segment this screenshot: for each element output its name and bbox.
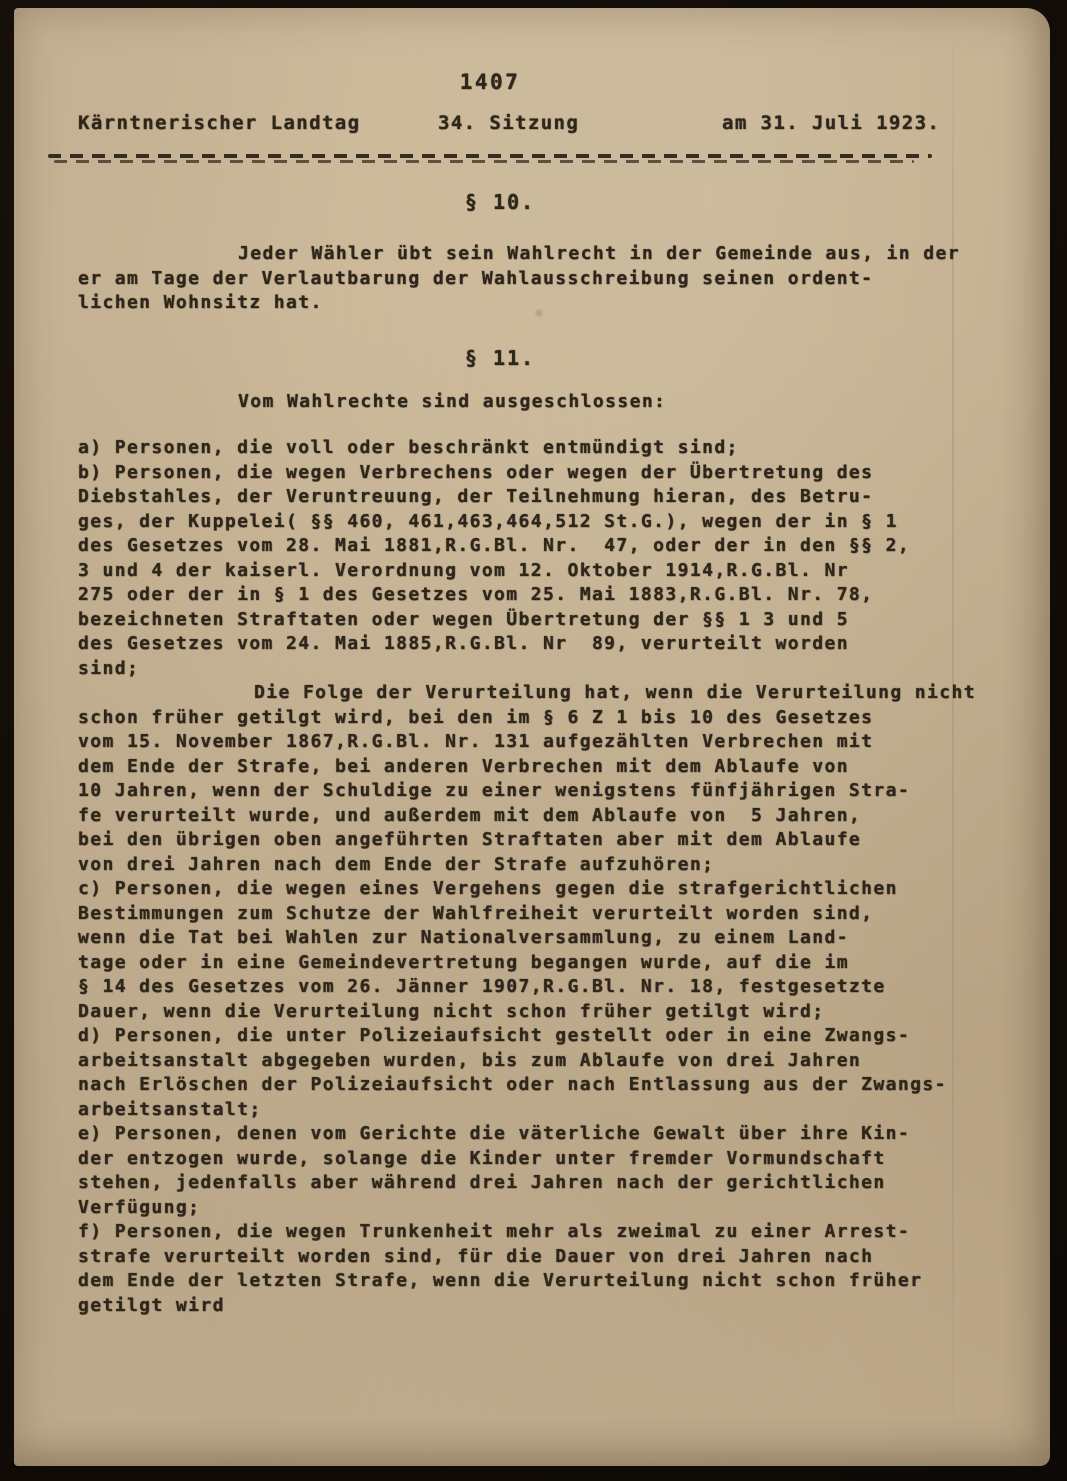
text-line: arbeitsanstalt; [78, 1098, 998, 1123]
item-a: a) Personen, die voll oder beschränkt en… [78, 436, 998, 461]
text-line: von drei Jahren nach dem Ende der Strafe… [78, 853, 998, 878]
text-line: schon früher getilgt wird, bei den im § … [78, 706, 998, 731]
section-11-intro: Vom Wahlrechte sind ausgeschlossen: [78, 390, 998, 415]
item-f: f) Personen, die wegen Trunkenheit mehr … [78, 1220, 998, 1318]
item-b: b) Personen, die wegen Verbrechens oder … [78, 461, 998, 682]
text-line: ges, der Kuppelei( §§ 460, 461,463,464,5… [78, 510, 998, 535]
text-line: stehen, jedenfalls aber während drei Jah… [78, 1171, 998, 1196]
text-line: Dauer, wenn die Verurteilung nicht schon… [78, 1000, 998, 1025]
text-line: dem Ende der letzten Strafe, wenn die Ve… [78, 1269, 998, 1294]
session-number: 34. Sitzung [438, 112, 579, 134]
header-rule [48, 154, 932, 164]
section-11-heading: § 11. [0, 346, 1018, 370]
section-10-heading: § 10. [0, 190, 1018, 214]
text-line: des Gesetzes vom 24. Mai 1885,R.G.Bl. Nr… [78, 632, 998, 657]
text-line: bezeichneten Straftaten oder wegen Übert… [78, 608, 998, 633]
session-date: am 31. Juli 1923. [722, 112, 940, 134]
journal-title: Kärntnerischer Landtag [78, 112, 360, 134]
item-e: e) Personen, denen vom Gerichte die väte… [78, 1122, 998, 1220]
text-line: Die Folge der Verurteilung hat, wenn die… [78, 681, 998, 706]
text-line: Verfügung; [78, 1196, 998, 1221]
text-line: der entzogen wurde, solange die Kinder u… [78, 1147, 998, 1172]
text-line: 10 Jahren, wenn der Schuldige zu einer w… [78, 779, 998, 804]
item-c: c) Personen, die wegen eines Vergehens g… [78, 877, 998, 1024]
text-line: er am Tage der Verlautbarung der Wahlaus… [78, 267, 998, 292]
text-line: fe verurteilt wurde, und außerdem mit de… [78, 804, 998, 829]
text-line: dem Ende der Strafe, bei anderen Verbrec… [78, 755, 998, 780]
text-line: Jeder Wähler übt sein Wahlrecht in der G… [78, 242, 998, 267]
item-d: d) Personen, die unter Polizeiaufsicht g… [78, 1024, 998, 1122]
text-line: des Gesetzes vom 28. Mai 1881,R.G.Bl. Nr… [78, 534, 998, 559]
dash-line [48, 154, 932, 158]
section-10-paragraph: Jeder Wähler übt sein Wahlrecht in der G… [78, 242, 998, 316]
text-line: a) Personen, die voll oder beschränkt en… [78, 436, 998, 461]
page-header: Kärntnerischer Landtag 34. Sitzung am 31… [14, 112, 1050, 142]
text-line: bei den übrigen oben angeführten Strafta… [78, 828, 998, 853]
text-line: arbeitsanstalt abgegeben wurden, bis zum… [78, 1049, 998, 1074]
text-line: nach Erlöschen der Polizeiaufsicht oder … [78, 1073, 998, 1098]
text-line: strafe verurteilt worden sind, für die D… [78, 1245, 998, 1270]
text-line: sind; [78, 657, 998, 682]
text-line: d) Personen, die unter Polizeiaufsicht g… [78, 1024, 998, 1049]
scanned-page: 1407 Kärntnerischer Landtag 34. Sitzung … [14, 8, 1050, 1466]
page-number: 1407 [0, 70, 1008, 94]
dash-line [54, 160, 914, 163]
section-11-body: a) Personen, die voll oder beschränkt en… [78, 436, 998, 1318]
text-line: c) Personen, die wegen eines Vergehens g… [78, 877, 998, 902]
paragraph-consequence: Die Folge der Verurteilung hat, wenn die… [78, 681, 998, 877]
screenshot-root: { "doc": { "page_number": "1407", "heade… [0, 0, 1067, 1481]
text-line: f) Personen, die wegen Trunkenheit mehr … [78, 1220, 998, 1245]
text-line: getilgt wird [78, 1294, 998, 1319]
text-line: Bestimmungen zum Schutze der Wahlfreihei… [78, 902, 998, 927]
text-line: Vom Wahlrechte sind ausgeschlossen: [78, 390, 998, 415]
text-line: lichen Wohnsitz hat. [78, 291, 998, 316]
text-line: b) Personen, die wegen Verbrechens oder … [78, 461, 998, 486]
text-line: § 14 des Gesetzes vom 26. Jänner 1907,R.… [78, 975, 998, 1000]
text-line: e) Personen, denen vom Gerichte die väte… [78, 1122, 998, 1147]
text-line: 275 oder der in § 1 des Gesetzes vom 25.… [78, 583, 998, 608]
text-line: wenn die Tat bei Wahlen zur Nationalvers… [78, 926, 998, 951]
text-line: 3 und 4 der kaiserl. Verordnung vom 12. … [78, 559, 998, 584]
text-line: vom 15. November 1867,R.G.Bl. Nr. 131 au… [78, 730, 998, 755]
text-line: tage oder in eine Gemeindevertretung beg… [78, 951, 998, 976]
text-line: Diebstahles, der Veruntreuung, der Teiln… [78, 485, 998, 510]
